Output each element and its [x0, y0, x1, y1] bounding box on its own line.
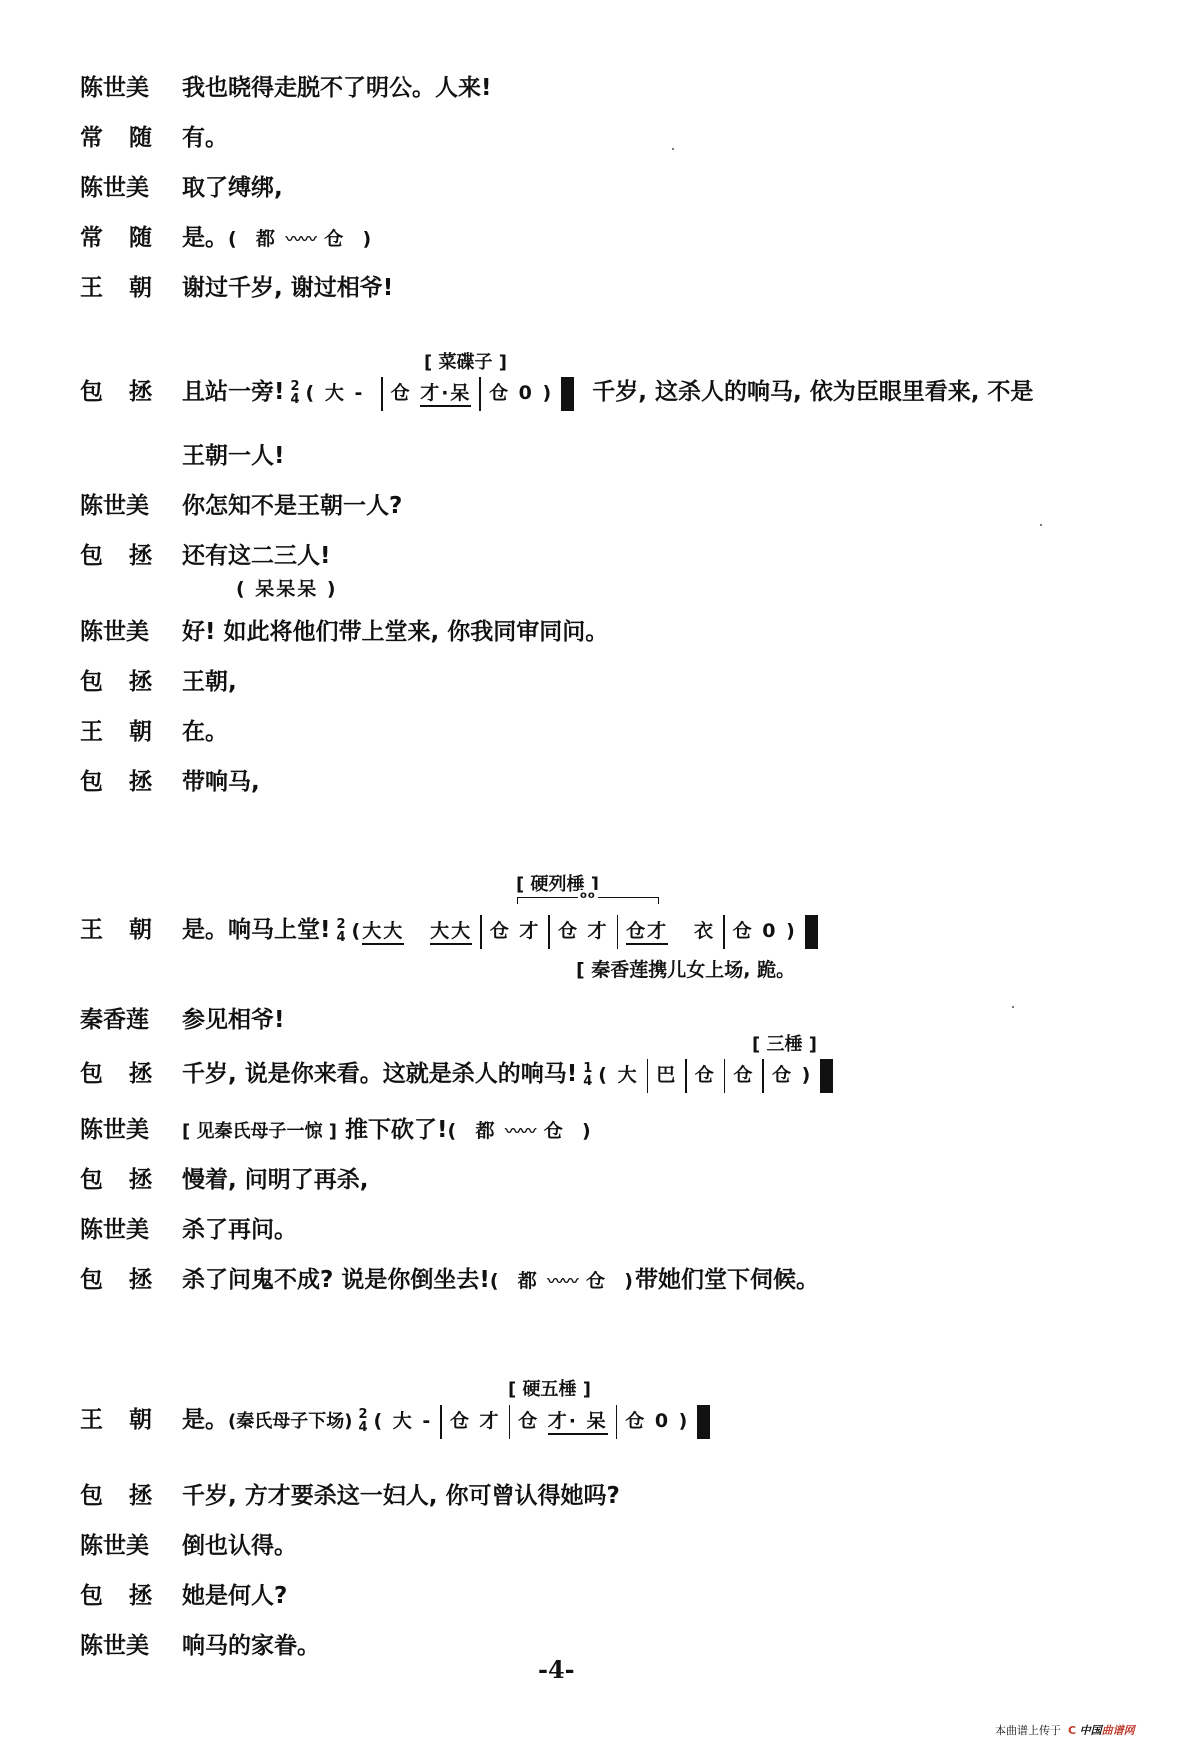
speaker-name: 包拯: [80, 762, 160, 802]
perc-syllable: 仓: [324, 228, 345, 250]
repeat-mark: oo: [578, 890, 598, 901]
speaker-name: 常随: [80, 118, 160, 158]
speech-text: 谢过千岁, 谢过相爷!: [182, 268, 393, 308]
speaker-name: 包拯: [80, 1054, 160, 1094]
speaker-name: 陈世美: [80, 1210, 160, 1250]
speech-words: 推下砍了!: [345, 1117, 448, 1143]
measure: ( 大 -: [306, 382, 365, 404]
time-sig-top: 1: [583, 1062, 592, 1075]
paren-open: (: [352, 920, 363, 942]
speaker-name: 陈世美: [80, 1110, 160, 1150]
measure: 巴: [656, 1064, 677, 1086]
speaker-name: 包拯: [80, 1476, 160, 1516]
time-sig-bottom: 4: [358, 1421, 367, 1434]
double-barline: [805, 915, 812, 949]
speech-text: 是。响马上堂!24(大大 大大仓 才仓 才仓才 衣仓 0 ): [182, 910, 812, 951]
speech-text: 我也晓得走脱不了明公。人来!: [182, 68, 492, 108]
stage-aside: (秦氏母子下场): [228, 1411, 352, 1432]
paren-open: (: [228, 228, 239, 250]
scan-speck: [672, 148, 674, 150]
barline: [617, 915, 619, 949]
double-barline: [561, 377, 568, 411]
stage-aside: [ 见秦氏母子一惊 ]: [182, 1121, 337, 1142]
measure: 仓: [518, 1410, 539, 1432]
speech-words: 杀了问鬼不成? 说是你倒坐去!: [182, 1267, 490, 1293]
time-signature: 24: [358, 1408, 367, 1434]
notation: ( 大 -仓 才仓 才· 呆仓 0 ): [374, 1410, 705, 1432]
speech-text: 且站一旁!24( 大 - 仓 才·呆仓 0 ) 千岁, 这杀人的响马, 依为臣眼…: [182, 372, 1033, 413]
speech-text: 响马的家眷。: [182, 1626, 320, 1666]
barline: [647, 1059, 649, 1093]
speaker-name: 秦香莲: [80, 1000, 160, 1040]
speaker-name: 包拯: [80, 1160, 160, 1200]
measure-underlined: 大大: [430, 920, 472, 945]
speech-text: 千岁, 说是你来看。这就是杀人的响马!14( 大巴仓仓仓 ): [182, 1054, 827, 1095]
site-logo-icon: C: [1068, 1724, 1076, 1737]
speaker-name: 常随: [80, 218, 160, 258]
speaker-name: 包拯: [80, 372, 160, 412]
speaker-name: 陈世美: [80, 68, 160, 108]
pattern-label: [ 菜碟子 ]: [424, 348, 507, 374]
double-barline: [697, 1405, 704, 1439]
speech-words-continued: 千岁, 这杀人的响马, 依为臣眼里看来, 不是: [592, 379, 1033, 405]
barline: [440, 1405, 442, 1439]
speech-text: 带响马,: [182, 762, 260, 802]
speech-words: 是。: [182, 225, 228, 251]
measure: 仓 才: [558, 920, 609, 942]
barline: [548, 915, 550, 949]
scan-speck: [1012, 1006, 1014, 1008]
barline: [616, 1405, 618, 1439]
barline: [723, 915, 725, 949]
speech-text: 倒也认得。: [182, 1526, 297, 1566]
measure: 仓 0 ): [625, 1410, 689, 1432]
notation: ( 大巴仓仓仓 ): [598, 1064, 827, 1086]
measure-underlined: 大大: [362, 920, 404, 945]
barline: [480, 915, 482, 949]
pattern-label: [ 硬五棰 ]: [508, 1375, 591, 1401]
perc-syllable: 都: [475, 1120, 496, 1142]
speech-text: 还有这二三人!: [182, 536, 331, 576]
speaker-name: 包拯: [80, 662, 160, 702]
barline: [762, 1059, 764, 1093]
time-sig-top: 2: [291, 380, 300, 393]
barline: [509, 1405, 511, 1439]
speech-text: 取了缚绑,: [182, 168, 283, 208]
barline: [381, 377, 383, 411]
speaker-name: 王朝: [80, 910, 160, 950]
percussion-cue: ( 呆呆呆 ): [236, 574, 338, 601]
percussion-cue: ( 都 〰〰 仓 ): [490, 1270, 635, 1292]
roll-mark-icon: 〰〰: [286, 230, 316, 249]
speech-words: 是。: [182, 1407, 228, 1433]
measure: 仓 才: [490, 920, 541, 942]
perc-syllable: 仓: [586, 1270, 607, 1292]
time-sig-bottom: 4: [291, 393, 300, 406]
speaker-name: 陈世美: [80, 1626, 160, 1666]
double-barline: [820, 1059, 827, 1093]
speaker-name: 王朝: [80, 1400, 160, 1440]
site-name-part: 中国: [1080, 1724, 1102, 1737]
perc-syllable: 都: [256, 228, 277, 250]
paren-open: (: [490, 1270, 501, 1292]
credit-text: 本曲谱上传于: [995, 1724, 1061, 1737]
percussion-cue: ( 都 〰〰 仓 ): [448, 1120, 593, 1142]
speech-text: 慢着, 问明了再杀,: [182, 1160, 368, 1200]
measure: ( 大 -: [374, 1410, 433, 1432]
time-sig-bottom: 4: [583, 1075, 592, 1088]
paren-close: ): [624, 1270, 635, 1292]
speech-text: 千岁, 方才要杀这一妇人, 你可曾认得她吗?: [182, 1476, 620, 1516]
measure: 仓: [733, 1064, 754, 1086]
upload-credit: 本曲谱上传于 C 中国曲谱网: [995, 1722, 1135, 1738]
speech-words-continued: 带她们堂下伺候。: [635, 1267, 819, 1293]
paren-close: ): [582, 1120, 593, 1142]
measure: ( 大: [598, 1064, 638, 1086]
speaker-name: 王朝: [80, 712, 160, 752]
paren-close: ): [362, 228, 373, 250]
pattern-label: [ 三棰 ]: [752, 1030, 817, 1056]
page-number: -4-: [538, 1655, 575, 1684]
speech-text: 是。(秦氏母子下场)24( 大 -仓 才仓 才· 呆仓 0 ): [182, 1400, 704, 1442]
site-name-part: 曲谱网: [1102, 1724, 1135, 1737]
speech-text: [ 见秦氏母子一惊 ] 推下砍了!( 都 〰〰 仓 ): [182, 1110, 593, 1152]
notation: ( 大 - 仓 才·呆仓 0 ): [306, 382, 569, 404]
measure-underlined: 才·呆: [420, 382, 471, 407]
time-sig-top: 2: [337, 918, 346, 931]
speaker-name: 王朝: [80, 268, 160, 308]
time-signature: 14: [583, 1062, 592, 1088]
stage-direction: [ 秦香莲携儿女上场, 跪。: [576, 955, 795, 982]
speaker-name: 包拯: [80, 1576, 160, 1616]
speech-text: 你怎知不是王朝一人?: [182, 486, 402, 526]
measure: 衣: [694, 920, 715, 942]
barline: [724, 1059, 726, 1093]
speech-text: 参见相爷!: [182, 1000, 285, 1040]
speaker-name: 陈世美: [80, 1526, 160, 1566]
roll-mark-icon: 〰〰: [547, 1272, 577, 1291]
time-signature: 24: [291, 380, 300, 406]
speech-text: 好! 如此将他们带上堂来, 你我同审同问。: [182, 612, 608, 652]
speech-text: 在。: [182, 712, 228, 752]
measure-underlined: 仓才: [626, 920, 668, 945]
notation: (大大 大大仓 才仓 才仓才 衣仓 0 ): [352, 920, 812, 942]
speech-text: 杀了再问。: [182, 1210, 297, 1250]
speech-text: 她是何人?: [182, 1576, 287, 1616]
measure: 仓: [695, 1064, 716, 1086]
measure: 仓: [391, 382, 412, 404]
measure-underlined: 才· 呆: [548, 1410, 608, 1435]
speech-words: 千岁, 说是你来看。这就是杀人的响马!: [182, 1061, 577, 1087]
speaker-name: 陈世美: [80, 486, 160, 526]
perc-syllable: 仓: [544, 1120, 565, 1142]
time-sig-bottom: 4: [337, 931, 346, 944]
speaker-name: 陈世美: [80, 612, 160, 652]
percussion-cue: ( 都 〰〰 仓 ): [228, 228, 373, 250]
speech-text: 王朝,: [182, 662, 237, 702]
measure: 仓 0 ): [733, 920, 797, 942]
scan-speck: [1040, 524, 1042, 526]
measure: 仓 才: [450, 1410, 501, 1432]
time-signature: 24: [337, 918, 346, 944]
measure: 仓 0 ): [489, 382, 553, 404]
time-sig-top: 2: [358, 1408, 367, 1421]
roll-mark-icon: 〰〰: [505, 1122, 535, 1141]
speech-words: 且站一旁!: [182, 379, 285, 405]
speaker-name: 包拯: [80, 536, 160, 576]
speech-text: 杀了问鬼不成? 说是你倒坐去!( 都 〰〰 仓 )带她们堂下伺候。: [182, 1260, 819, 1302]
measure: 仓 ): [772, 1064, 812, 1086]
barline: [479, 377, 481, 411]
paren-open: (: [448, 1120, 459, 1142]
speaker-name: 陈世美: [80, 168, 160, 208]
speaker-name: 包拯: [80, 1260, 160, 1300]
speech-text: 有。: [182, 118, 228, 158]
barline: [685, 1059, 687, 1093]
speech-text: 王朝一人!: [182, 436, 285, 476]
speech-words: 是。响马上堂!: [182, 917, 331, 943]
speech-text: 是。( 都 〰〰 仓 ): [182, 218, 373, 260]
perc-syllable: 都: [518, 1270, 539, 1292]
